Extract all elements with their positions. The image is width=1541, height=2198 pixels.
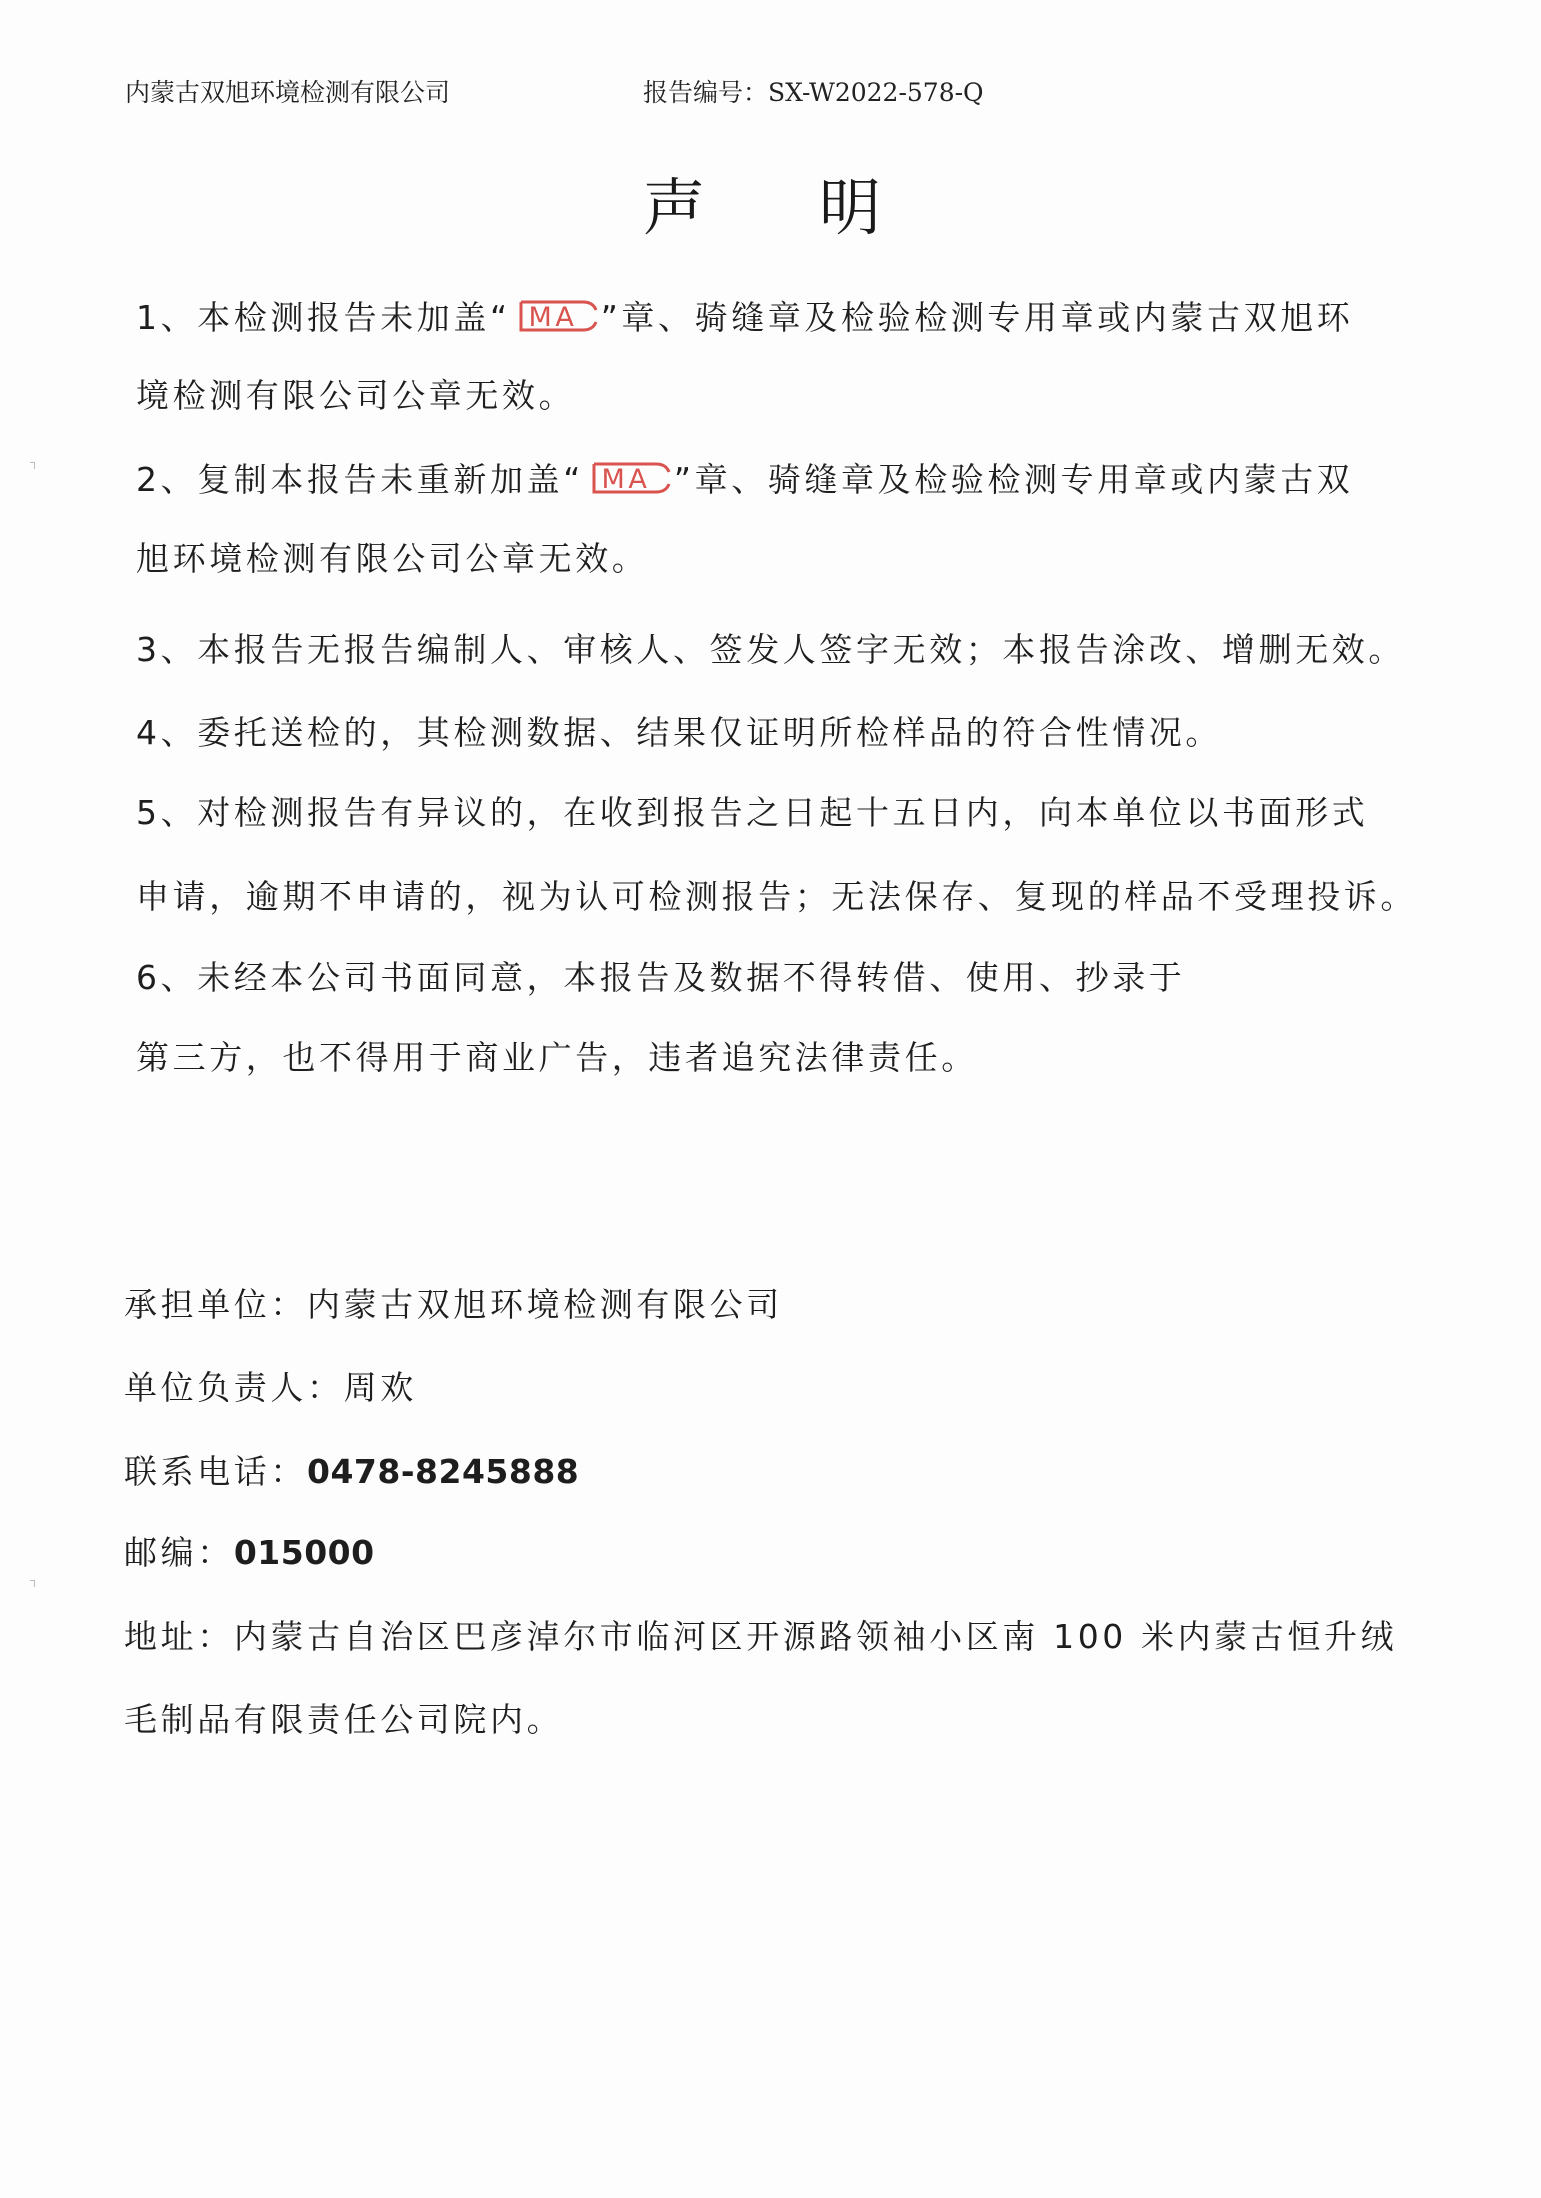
scan-artifact [30,1580,35,1587]
contact-unit-label: 承担单位： [124,1285,307,1324]
statement-1-line-2: 境检测有限公司公章无效。 [136,374,575,418]
statement-text: 1、本检测报告未加盖“ [136,298,511,337]
report-number-label: 报告编号： [643,78,768,107]
header-company-name: 内蒙古双旭环境检测有限公司 [125,78,450,108]
contact-person-label: 单位负责人： [124,1368,344,1407]
report-number-value: SX-W2022-578-Q [768,78,984,107]
statement-2-line-1: 2、复制本报告未重新加盖“ MA ”章、骑缝章及检验检测专用章或内蒙古双 [136,458,1353,502]
cma-seal-icon: MA [586,460,672,496]
cma-seal-icon: MA [513,298,599,334]
contact-unit: 承担单位：内蒙古双旭环境检测有限公司 [124,1283,783,1327]
contact-postcode-value: 015000 [234,1533,375,1572]
contact-phone-label: 联系电话： [124,1452,307,1491]
statement-6-line-2: 第三方，也不得用于商业广告，违者追究法律责任。 [136,1036,978,1080]
contact-phone-value: 0478-8245888 [307,1452,579,1491]
contact-address-label: 地址： [124,1617,234,1656]
scan-artifact [30,462,35,469]
contact-person: 单位负责人：周欢 [124,1366,417,1410]
page-title: 声明 [643,168,881,248]
statement-5-line-1: 5、对检测报告有异议的，在收到报告之日起十五日内，向本单位以书面形式 [136,791,1368,835]
contact-unit-value: 内蒙古双旭环境检测有限公司 [307,1285,783,1324]
contact-person-value: 周欢 [344,1368,417,1407]
contact-postcode-label: 邮编： [124,1533,234,1572]
document-page: 内蒙古双旭环境检测有限公司 报告编号：SX-W2022-578-Q 声明 1、本… [0,0,1541,2198]
statement-text: 2、复制本报告未重新加盖“ [136,460,584,499]
title-char-2: 明 [819,168,881,248]
statement-3-line-1: 3、本报告无报告编制人、审核人、签发人签字无效；本报告涂改、增删无效。 [136,628,1405,672]
contact-address-line-1: 地址：内蒙古自治区巴彦淖尔市临河区开源路领袖小区南 100 米内蒙古恒升绒 [124,1615,1397,1659]
statement-2-line-2: 旭环境检测有限公司公章无效。 [136,537,648,581]
statement-1-line-1: 1、本检测报告未加盖“ MA ”章、骑缝章及检验检测专用章或内蒙古双旭环 [136,296,1353,340]
contact-address-value: 内蒙古自治区巴彦淖尔市临河区开源路领袖小区南 100 米内蒙古恒升绒 [234,1617,1397,1656]
svg-text:MA: MA [528,302,577,333]
contact-address-line-2: 毛制品有限责任公司院内。 [124,1698,563,1742]
contact-phone: 联系电话：0478-8245888 [124,1450,579,1494]
statement-5-line-2: 申请，逾期不申请的，视为认可检测报告；无法保存、复现的样品不受理投诉。 [136,875,1417,919]
header-report-number: 报告编号：SX-W2022-578-Q [643,78,984,108]
statement-4-line-1: 4、委托送检的，其检测数据、结果仅证明所检样品的符合性情况。 [136,711,1222,755]
contact-postcode: 邮编：015000 [124,1531,375,1575]
title-char-1: 声 [643,168,705,248]
statement-text: ”章、骑缝章及检验检测专用章或内蒙古双旭环 [601,298,1354,337]
statement-text: ”章、骑缝章及检验检测专用章或内蒙古双 [674,460,1354,499]
statement-6-line-1: 6、未经本公司书面同意，本报告及数据不得转借、使用、抄录于 [136,956,1185,1000]
svg-text:MA: MA [601,464,650,495]
